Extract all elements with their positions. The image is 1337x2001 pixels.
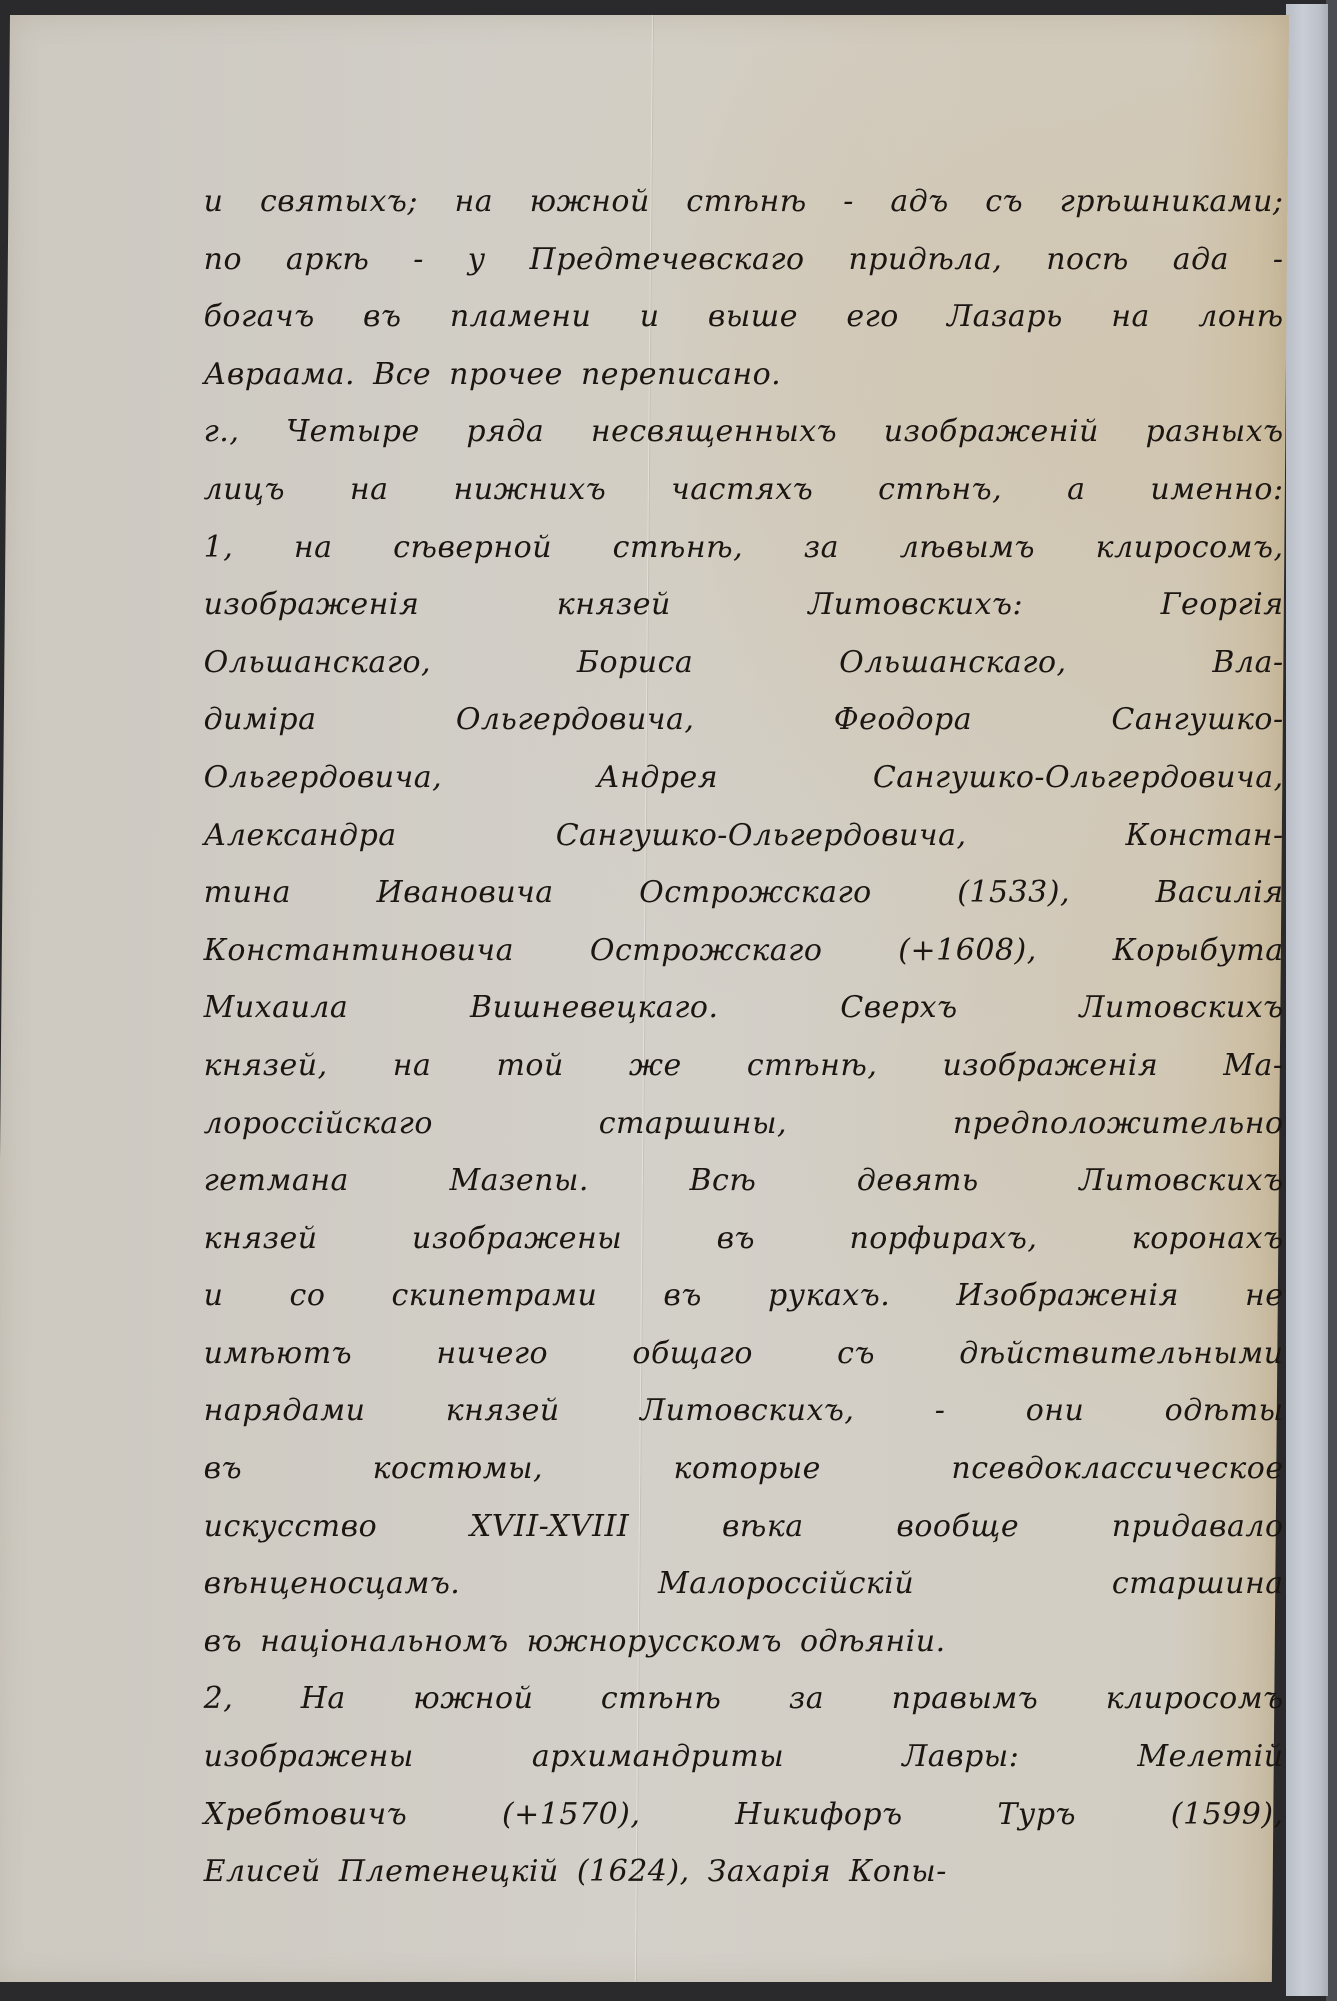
text-line: исвятыхъ;наюжнойстѣнѣ-адъсъгрѣшниками; (204, 173, 1284, 231)
handwritten-word: Копы- (849, 1843, 947, 1901)
handwritten-word: разныхъ (1146, 403, 1284, 461)
handwritten-word: Мелетій (1137, 1728, 1283, 1786)
handwritten-word: на (454, 173, 493, 231)
handwritten-word: той (496, 1037, 563, 1095)
handwritten-word: со (290, 1267, 326, 1325)
handwritten-word: аркѣ (286, 231, 369, 289)
handwritten-word: (1624), (577, 1843, 690, 1901)
handwritten-word: скипетрами (391, 1267, 597, 1325)
text-line: лороссійскагостаршины,предположительно (204, 1095, 1284, 1153)
handwritten-word: Всѣ (690, 1152, 757, 1210)
handwritten-word: Лавры: (902, 1728, 1019, 1786)
handwritten-word: Изображенія (956, 1267, 1179, 1325)
text-line: МихаилаВишневецкаго.СверхъЛитовскихъ (204, 979, 1284, 1037)
handwritten-word: съ (985, 173, 1023, 231)
handwritten-word: изображены (412, 1210, 622, 1268)
handwritten-word: святыхъ; (260, 173, 418, 231)
handwritten-word: ничего (436, 1325, 548, 1383)
handwritten-word: изображеній (884, 403, 1099, 461)
handwritten-word: Захарія (708, 1843, 832, 1901)
handwritten-word: Георгія (1161, 576, 1284, 634)
handwritten-word: нарядами (204, 1382, 366, 1440)
text-line: изображеныархимандритыЛавры:Мелетій (204, 1728, 1284, 1786)
handwritten-word: въ (663, 1267, 701, 1325)
handwritten-word: Ольшанскаго, (839, 634, 1066, 692)
handwritten-word: лѣвымъ (900, 519, 1035, 577)
text-line: въкостюмы,которыепсевдоклассическое (204, 1440, 1284, 1498)
handwritten-word: посѣ (1046, 231, 1129, 289)
handwritten-word: его (846, 288, 898, 346)
handwritten-word: (1533), (957, 864, 1070, 922)
handwritten-word: клиросомъ, (1096, 519, 1284, 577)
handwritten-word: Острожскаго (590, 922, 823, 980)
handwritten-word: клиросомъ (1106, 1670, 1284, 1728)
handwritten-word: старшины, (599, 1095, 787, 1153)
handwritten-word: Литовскихъ (1079, 979, 1283, 1037)
handwritten-word: лицъ (204, 461, 285, 519)
handwritten-word: Михаила (204, 979, 349, 1037)
text-line: богачъвъпламениивышеегоЛазарьналонѣ (204, 288, 1284, 346)
handwritten-word: Ивановича (377, 864, 554, 922)
handwritten-word: вѣка (722, 1498, 804, 1556)
handwritten-word: Литовскихъ, (640, 1382, 854, 1440)
text-line: князейизображенывъпорфирахъ,коронахъ (204, 1210, 1284, 1268)
handwritten-word: князей, (204, 1037, 328, 1095)
handwritten-word: въ (204, 1440, 242, 1498)
text-line: тинаИвановичаОстрожскаго(1533),Василія (204, 864, 1284, 922)
handwritten-word: адъ (890, 173, 948, 231)
handwritten-word: Елисей (204, 1843, 321, 1901)
handwritten-word: стѣнѣ (601, 1670, 721, 1728)
text-line: поаркѣ-уПредтечевскагопридѣла,посѣада- (204, 231, 1284, 289)
handwritten-word: 1, (204, 519, 234, 577)
handwritten-word: южнорусскомъ (527, 1613, 782, 1671)
handwritten-word: имѣютъ (204, 1325, 353, 1383)
handwritten-word: изображены (204, 1728, 414, 1786)
handwritten-word: за (804, 519, 839, 577)
text-line: князей,натойжестѣнѣ,изображеніяМа- (204, 1037, 1284, 1095)
handwritten-word: на (350, 461, 389, 519)
handwritten-word: придавало (1112, 1498, 1284, 1556)
handwritten-word: въ (717, 1210, 755, 1268)
handwritten-word: а (1067, 461, 1085, 519)
handwritten-word: Малороссійскій (658, 1555, 914, 1613)
text-line: АлександраСангушко-Ольгердовича,Констан- (204, 807, 1284, 865)
handwritten-word: Констан- (1126, 807, 1284, 865)
handwritten-word: они (1026, 1382, 1085, 1440)
handwritten-word: Мазепы. (449, 1152, 589, 1210)
handwritten-word: рукахъ. (768, 1267, 890, 1325)
handwritten-word: псевдоклассическое (951, 1440, 1283, 1498)
handwritten-word: грѣшниками; (1060, 173, 1284, 231)
text-line: нарядамикнязейЛитовскихъ,-ониодѣты (204, 1382, 1284, 1440)
handwritten-word: Ольгердовича, (456, 691, 695, 749)
handwritten-word: на (294, 519, 333, 577)
handwritten-word: (+1608), (898, 922, 1036, 980)
handwritten-word: Александра (204, 807, 397, 865)
handwritten-word: Ольгердовича, (204, 749, 443, 807)
handwritten-word: Плетенецкій (339, 1843, 559, 1901)
text-line: вънаціональномъюжнорусскомъодѣяніи. (204, 1613, 1284, 1671)
handwritten-word: Константиновича (204, 922, 514, 980)
handwritten-word: диміра (204, 691, 317, 749)
handwritten-word: лороссійскаго (204, 1095, 433, 1153)
handwritten-word: Никифоръ (735, 1786, 902, 1844)
manuscript-page: исвятыхъ;наюжнойстѣнѣ-адъсъгрѣшниками; п… (0, 15, 1289, 1982)
handwritten-word: костюмы, (373, 1440, 543, 1498)
handwritten-word: Туръ (997, 1786, 1076, 1844)
handwritten-word: на (1111, 288, 1150, 346)
handwritten-word: стѣнѣ, (747, 1037, 878, 1095)
handwritten-word: изображенія (204, 576, 420, 634)
handwritten-word: Сангушко- (1111, 691, 1283, 749)
handwritten-word: Сангушко-Ольгердовича, (873, 749, 1284, 807)
handwritten-word: - (1273, 231, 1284, 289)
handwritten-word: лонѣ (1198, 288, 1283, 346)
handwritten-word: XVII-XVIII (470, 1498, 629, 1556)
handwritten-word: стѣнѣ (686, 173, 806, 231)
handwritten-word: Андрея (597, 749, 718, 807)
handwritten-word: - (935, 1382, 946, 1440)
handwritten-word: Предтечевскаго (530, 231, 805, 289)
binding-strip (1286, 4, 1328, 1996)
handwritten-word: изображенія (942, 1037, 1158, 1095)
handwritten-word: съ (837, 1325, 875, 1383)
handwritten-word: на (393, 1037, 432, 1095)
handwritten-word: На (301, 1670, 346, 1728)
handwritten-word: одѣяніи. (800, 1613, 946, 1671)
handwritten-word: предположительно (953, 1095, 1284, 1153)
handwritten-word: дѣйствительными (959, 1325, 1283, 1383)
handwritten-word: Василія (1155, 864, 1283, 922)
text-line: Хребтовичъ(+1570),НикифоръТуръ(1599), (204, 1786, 1284, 1844)
handwritten-word: Ольшанскаго, (204, 634, 431, 692)
handwritten-word: Четыре (286, 403, 420, 461)
text-line: изображеніякнязейЛитовскихъ:Георгія (204, 576, 1284, 634)
handwritten-word: нижнихъ (454, 461, 607, 519)
handwritten-word: и (204, 173, 224, 231)
handwritten-word: вѣнценосцамъ. (204, 1555, 461, 1613)
text-line: 2,Наюжнойстѣнѣзаправымъклиросомъ (204, 1670, 1284, 1728)
handwritten-word: Сверхъ (840, 979, 957, 1037)
handwritten-word: искусство (204, 1498, 378, 1556)
handwritten-word: именно: (1150, 461, 1283, 519)
handwritten-word: южной (530, 173, 650, 231)
handwritten-word: Все (373, 346, 431, 404)
handwritten-word: Острожскаго (639, 864, 872, 922)
handwritten-word: пламени (450, 288, 592, 346)
handwritten-word: ряда (466, 403, 544, 461)
handwritten-word: общаго (632, 1325, 753, 1383)
text-line: искусствоXVII-XVIIIвѣкавообщепридавало (204, 1498, 1284, 1556)
handwritten-word: Вишневецкаго. (470, 979, 719, 1037)
handwritten-word: выше (708, 288, 798, 346)
handwritten-word: не (1245, 1267, 1284, 1325)
handwritten-word: Лазарь (947, 288, 1063, 346)
handwritten-word: прочее (449, 346, 563, 404)
handwritten-word: девять (857, 1152, 979, 1210)
handwritten-word: Ма- (1223, 1037, 1283, 1095)
handwritten-word: гетмана (204, 1152, 349, 1210)
handwritten-word: несвященныхъ (591, 403, 837, 461)
handwritten-word: у (468, 231, 486, 289)
handwritten-word: сѣверной (393, 519, 552, 577)
handwritten-word: порфирахъ, (849, 1210, 1037, 1268)
handwritten-word: старшина (1112, 1555, 1284, 1613)
text-line: Ольгердовича,АндреяСангушко-Ольгердовича… (204, 749, 1284, 807)
handwritten-word: ада (1173, 231, 1229, 289)
handwritten-word: Вла- (1212, 634, 1283, 692)
text-line: исоскипетрамивърукахъ.Изображеніяне (204, 1267, 1284, 1325)
handwritten-word: (+1570), (502, 1786, 640, 1844)
handwritten-word: Феодора (834, 691, 972, 749)
handwritten-word: южной (413, 1670, 533, 1728)
handwritten-word: за (789, 1670, 824, 1728)
handwritten-word: по (204, 231, 242, 289)
handwritten-word: Корыбута (1113, 922, 1284, 980)
handwritten-word: тина (204, 864, 291, 922)
text-line: гетманаМазепы.ВсѣдевятьЛитовскихъ (204, 1152, 1284, 1210)
handwritten-word: придѣла, (848, 231, 1002, 289)
text-line: вѣнценосцамъ.Малороссійскійстаршина (204, 1555, 1284, 1613)
handwritten-word: и (640, 288, 660, 346)
handwritten-word: Авраама. (204, 346, 355, 404)
handwritten-word: одѣты (1165, 1382, 1284, 1440)
handwritten-word: вообще (896, 1498, 1019, 1556)
handwritten-word: архимандриты (532, 1728, 784, 1786)
handwritten-word: которые (674, 1440, 821, 1498)
handwritten-word: (1599), (1171, 1786, 1284, 1844)
handwritten-word: правымъ (892, 1670, 1039, 1728)
handwritten-word: переписано. (581, 346, 781, 404)
handwritten-word: же (629, 1037, 682, 1095)
text-line: г.,Четыреряданесвященныхъизображенійразн… (204, 403, 1284, 461)
handwritten-word: стѣнѣ, (613, 519, 744, 577)
text-line: имѣютъничегообщагосъдѣйствительными (204, 1325, 1284, 1383)
handwritten-word: стѣнъ, (878, 461, 1002, 519)
text-line: 1,насѣвернойстѣнѣ,залѣвымъклиросомъ, (204, 519, 1284, 577)
handwritten-word: въ (363, 288, 401, 346)
handwritten-word: и (204, 1267, 224, 1325)
text-line: КонстантиновичаОстрожскаго(+1608),Корыбу… (204, 922, 1284, 980)
handwritten-word: Хребтовичъ (204, 1786, 408, 1844)
handwritten-word: князей (446, 1382, 560, 1440)
handwritten-word: Бориса (577, 634, 693, 692)
text-line: Авраама.Всепрочеепереписано. (204, 346, 1284, 404)
handwritten-word: частяхъ (671, 461, 813, 519)
handwritten-word: богачъ (204, 288, 315, 346)
text-line: диміраОльгердовича,ФеодораСангушко- (204, 691, 1284, 749)
handwritten-word: 2, (204, 1670, 234, 1728)
handwritten-word: Литовскихъ (1079, 1152, 1283, 1210)
handwritten-word: князей (204, 1210, 318, 1268)
handwritten-word: - (843, 173, 854, 231)
text-line: ЕлисейПлетенецкій(1624),ЗахаріяКопы- (204, 1843, 1284, 1901)
handwritten-word: г., (204, 403, 240, 461)
handwritten-word: - (413, 231, 424, 289)
handwritten-word: въ (204, 1613, 242, 1671)
text-line: Ольшанскаго,БорисаОльшанскаго,Вла- (204, 634, 1284, 692)
handwritten-word: коронахъ (1132, 1210, 1284, 1268)
handwritten-text-block: исвятыхъ;наюжнойстѣнѣ-адъсъгрѣшниками; п… (204, 173, 1284, 1901)
handwritten-word: Сангушко-Ольгердовича, (556, 807, 967, 865)
handwritten-word: Литовскихъ: (808, 576, 1023, 634)
handwritten-word: князей (557, 576, 671, 634)
handwritten-word: національномъ (260, 1613, 509, 1671)
text-line: лицънанижнихъчастяхъстѣнъ,аименно: (204, 461, 1284, 519)
